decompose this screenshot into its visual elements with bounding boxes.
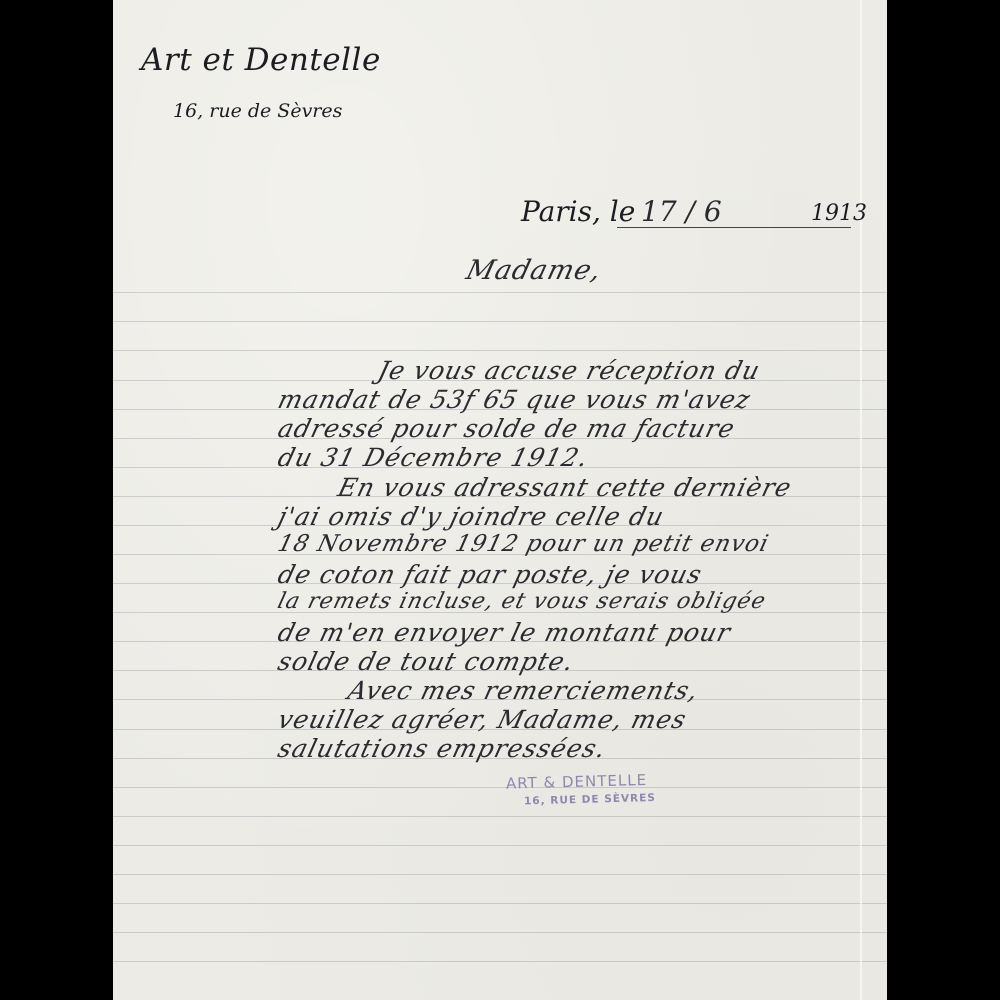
letterhead-name: Art et Dentelle [141,42,381,78]
ruled-line [113,292,887,293]
body-line: Je vous accuse réception du [375,356,763,385]
body-line: salutations empressées. [275,734,609,763]
body-line: veuillez agréer, Madame, mes [275,705,690,734]
company-stamp: ART & DENTELLE 16, RUE DE SÈVRES [506,772,706,805]
ruled-line [113,816,887,817]
dateline: Paris, le 17 / 6 1913 [521,195,851,231]
date-place: Paris, le [521,195,635,228]
ruled-line [113,845,887,846]
date-day-month: 17 / 6 [641,195,722,228]
ruled-line [113,932,887,933]
ruled-line [113,874,887,875]
ruled-line [113,961,887,962]
body-line: adressé pour solde de ma facture [275,414,738,443]
body-line: de coton fait par poste, je vous [275,560,705,589]
body-line: solde de tout compte. [275,647,577,676]
letter-paper: Art et Dentelle 16, rue de Sèvres Paris,… [113,0,887,1000]
body-line: la remets incluse, et vous serais obligé… [275,589,769,614]
ruled-line [113,903,887,904]
ruled-line [113,321,887,322]
letterhead-address: 16, rue de Sèvres [173,100,342,122]
body-line: mandat de 53f 65 que vous m'avez [275,385,754,414]
paper-fold-line [860,0,862,1000]
date-year: 1913 [811,201,867,226]
stamp-address: 16, RUE DE SÈVRES [524,791,706,808]
body-line: 18 Novembre 1912 pour un petit envoi [275,531,772,557]
salutation: Madame, [463,255,605,286]
ruled-line [113,787,887,788]
body-line: Avec mes remerciements, [345,676,702,705]
scan-stage: Art et Dentelle 16, rue de Sèvres Paris,… [0,0,1000,1000]
ruled-line [113,350,887,351]
body-line: du 31 Décembre 1912. [275,443,592,472]
body-line: de m'en envoyer le montant pour [275,618,734,647]
body-line: En vous adressant cette dernière [335,473,795,502]
body-line: j'ai omis d'y joindre celle du [275,502,667,531]
stamp-name: ART & DENTELLE [506,769,706,792]
